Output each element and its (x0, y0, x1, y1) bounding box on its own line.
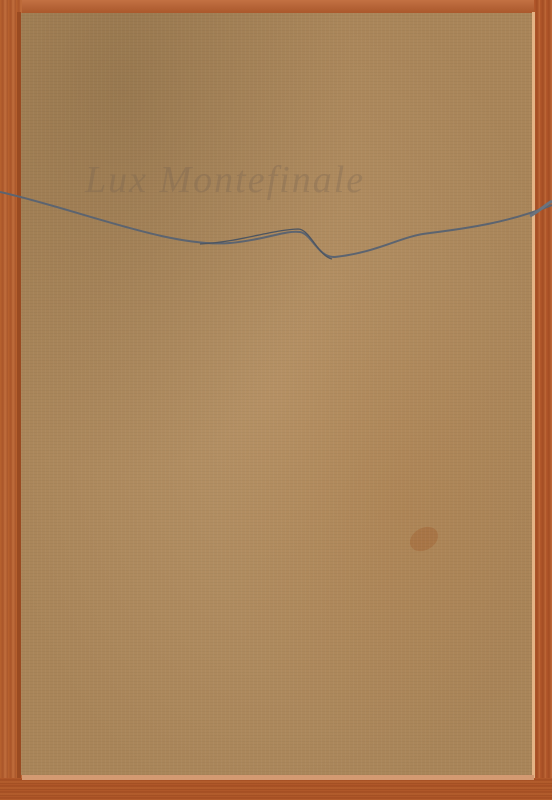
hanging-wire (0, 0, 552, 800)
picture-frame: Lux Montefinale (0, 0, 552, 800)
